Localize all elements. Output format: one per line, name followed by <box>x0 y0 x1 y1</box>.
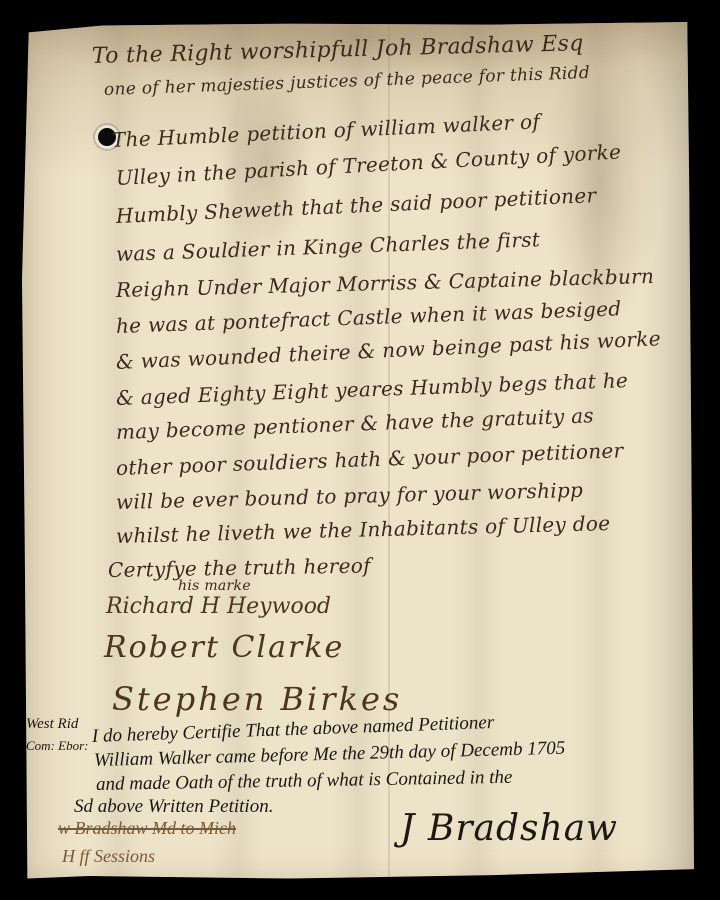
endorsement-line-1: w Bradshaw Md to Mich <box>58 818 236 839</box>
margin-note-line-2: Com: Ebor: <box>26 738 88 754</box>
signature-richard-heywood: Richard H Heywood <box>106 594 331 619</box>
signature-stephen-birkes: Stephen Birkes <box>112 680 402 718</box>
manuscript-scan: To the Right worshipfull Joh Bradshaw Es… <box>0 0 720 900</box>
margin-note-line-1: West Rid <box>26 716 78 733</box>
mark-note: his marke <box>178 578 251 594</box>
signature-bradshaw: J Bradshaw <box>400 808 618 849</box>
certification-line-4: Sd above Written Petition. <box>74 796 273 818</box>
signature-robert-clarke: Robert Clarke <box>104 630 344 665</box>
endorsement-line-2: H ff Sessions <box>62 846 155 867</box>
